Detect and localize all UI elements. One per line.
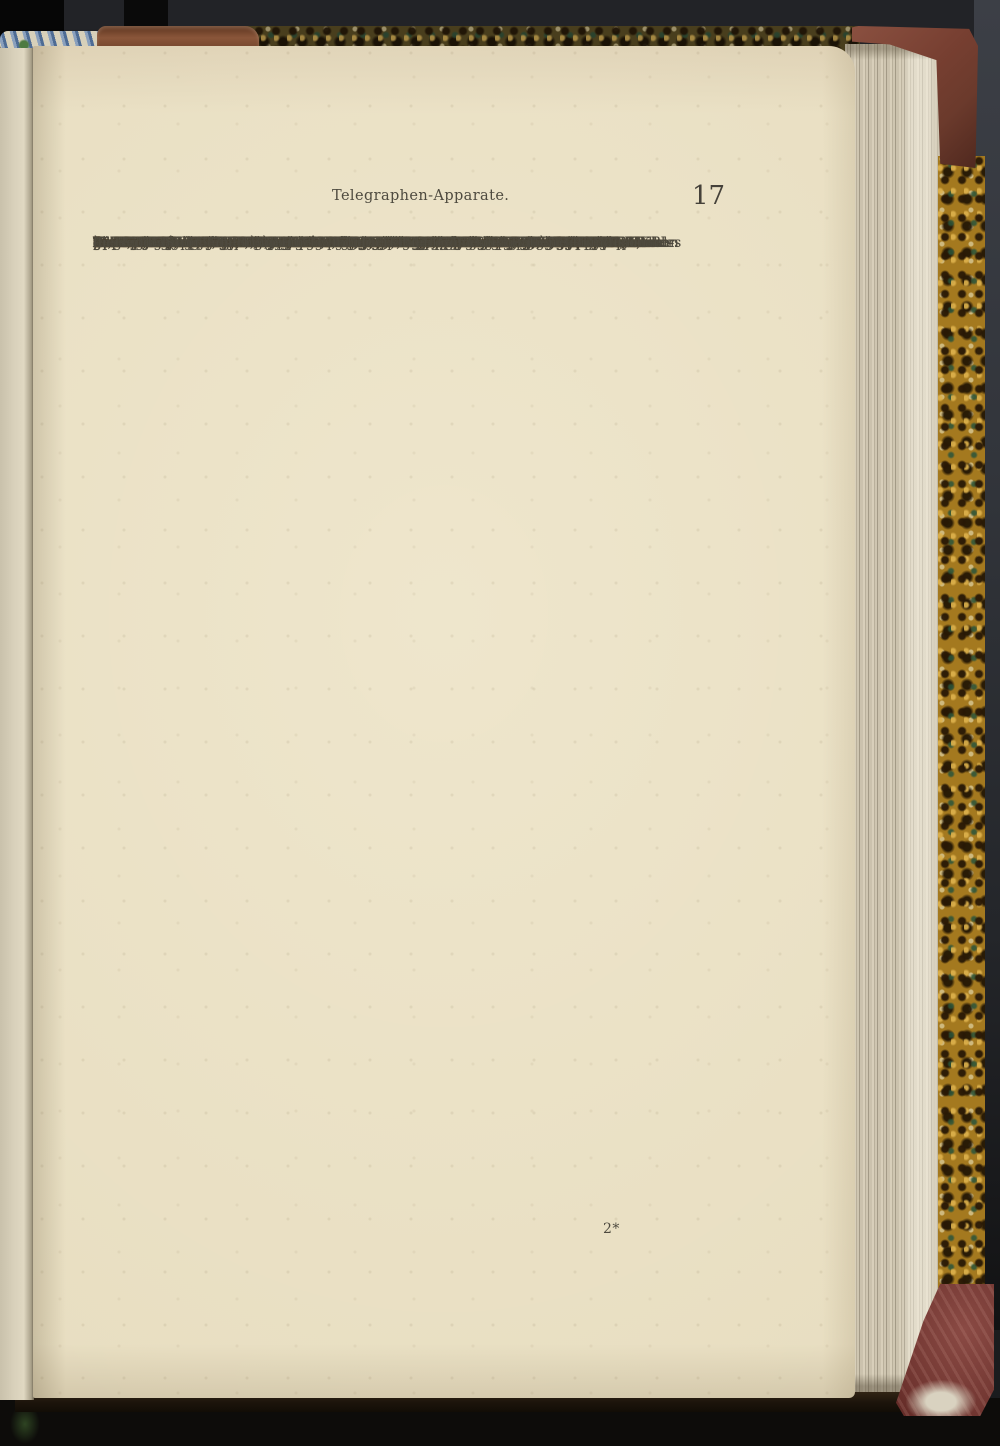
scan-background: Telegraphen-Apparate. 17 der Spulen des … [0, 0, 1000, 1446]
signature-mark: 2* [603, 1221, 620, 1237]
marbled-board-edge [938, 156, 985, 1288]
fore-edge-pages [845, 44, 945, 1392]
body-line: flieſsende Ströme herbeigeführt wird. Di… [93, 235, 679, 253]
leather-worn-patch [906, 1380, 976, 1416]
book-page: Telegraphen-Apparate. 17 der Spulen des … [33, 46, 855, 1398]
running-header-title: Telegraphen-Apparate. [332, 188, 509, 205]
gutter-page-sliver [0, 48, 34, 1400]
page-number: 17 [692, 183, 725, 209]
